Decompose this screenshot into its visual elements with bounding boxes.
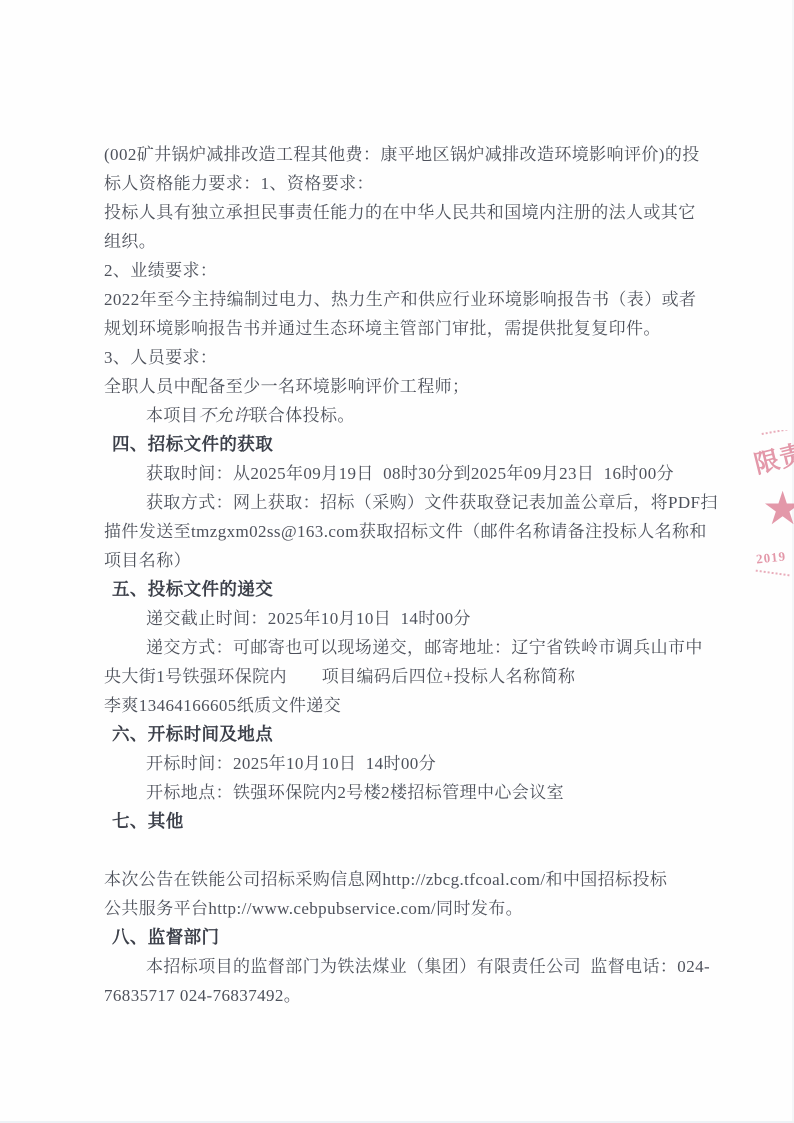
text-line: 开标地点：铁强环保院内2号楼2楼招标管理中心会议室	[104, 778, 764, 807]
blank-line	[104, 836, 764, 865]
section-heading: 六、开标时间及地点	[104, 720, 764, 749]
text-line: 组织。	[104, 227, 764, 256]
text-line: 递交截止时间：2025年10月10日 14时00分	[104, 604, 764, 633]
text-line: 3、人员要求：	[104, 343, 764, 372]
text-line: 本项目不允许联合体投标。	[104, 401, 764, 430]
text-line: 获取时间：从2025年09月19日 08时30分到2025年09月23日 16时…	[104, 459, 764, 488]
seal-star-icon: ★	[762, 486, 794, 532]
text-line: 本招标项目的监督部门为铁法煤业（集团）有限责任公司 监督电话：024-	[104, 952, 764, 981]
text-line: 2、业绩要求：	[104, 256, 764, 285]
text-line: 项目名称）	[104, 546, 764, 575]
text-line: 递交方式：可邮寄也可以现场递交，邮寄地址：辽宁省铁岭市调兵山市中	[104, 633, 764, 662]
text-line: 公共服务平台http://www.cebpubservice.com/同时发布。	[104, 894, 764, 923]
text-line: 规划环境影响报告书并通过生态环境主管部门审批，需提供批复复印件。	[104, 314, 764, 343]
text-line: 描件发送至tmzgxm02ss@163.com获取招标文件（邮件名称请备注投标人…	[104, 517, 764, 546]
section-heading: 四、招标文件的获取	[104, 430, 764, 459]
text-line: 获取方式：网上获取：招标（采购）文件获取登记表加盖公章后，将PDF扫	[104, 488, 764, 517]
seal-arc-text-top	[762, 430, 794, 441]
text-line: 全职人员中配备至少一名环境影响评价工程师；	[104, 372, 764, 401]
text-line: 本次公告在铁能公司招标采购信息网http://zbcg.tfcoal.com/和…	[104, 865, 764, 894]
text-line: 开标时间：2025年10月10日 14时00分	[104, 749, 764, 778]
section-heading: 八、监督部门	[104, 923, 764, 952]
section-heading: 七、其他	[104, 807, 764, 836]
text-line: 李爽13464166605纸质文件递交	[104, 691, 764, 720]
text-line: (002矿井锅炉减排改造工程其他费：康平地区锅炉减排改造环境影响评价)的投	[104, 140, 764, 169]
document-body: (002矿井锅炉减排改造工程其他费：康平地区锅炉减排改造环境影响评价)的投标人资…	[104, 140, 764, 1010]
text-line: 76835717 024-76837492。	[104, 981, 764, 1010]
text-line: 央大街1号铁强环保院内 项目编码后四位+投标人名称简称	[104, 662, 764, 691]
scanned-document-page: (002矿井锅炉减排改造工程其他费：康平地区锅炉减排改造环境影响评价)的投标人资…	[0, 0, 794, 1123]
text-line: 标人资格能力要求：1、资格要求：	[104, 169, 764, 198]
text-line: 投标人具有独立承担民事责任能力的在中华人民共和国境内注册的法人或其它	[104, 198, 764, 227]
section-heading: 五、投标文件的递交	[104, 575, 764, 604]
text-line: 2022年至今主持编制过电力、热力生产和供应行业环境影响报告书（表）或者	[104, 285, 764, 314]
